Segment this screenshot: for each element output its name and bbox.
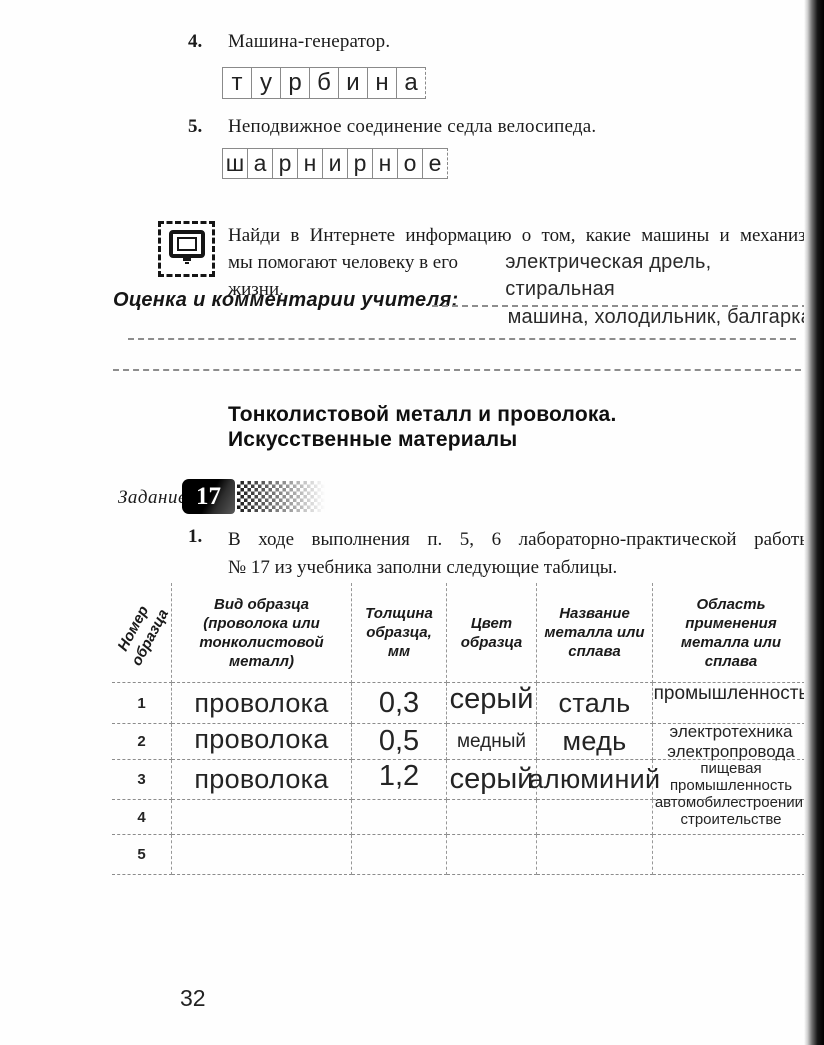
- comment-line: [128, 338, 796, 340]
- table-cell: 0,3: [352, 683, 447, 724]
- comment-line: [432, 305, 808, 307]
- answer-letter-cell: р: [280, 67, 310, 99]
- answer-letter-cell: р: [347, 148, 373, 179]
- table-cell: [172, 835, 352, 875]
- exercise-number: 1.: [188, 526, 202, 548]
- table-cell: 5: [112, 835, 172, 875]
- table-cell: [352, 800, 447, 835]
- teacher-comment-label: Оценка и комментарии учителя:: [113, 289, 458, 312]
- table-cell: 4: [112, 800, 172, 835]
- table-cell: серый: [447, 683, 537, 724]
- table-cell: 3: [112, 760, 172, 800]
- comment-line: [113, 369, 801, 371]
- section-heading-line2: Искусственные материалы: [228, 428, 517, 451]
- internet-task-box: [158, 221, 215, 277]
- column-header-sample-kind: Вид образца (проволока или тонколистовой…: [172, 583, 352, 683]
- answer-letter-cell: т: [222, 67, 252, 99]
- table-cell: медь: [537, 724, 653, 760]
- table-cell: 1: [112, 683, 172, 724]
- exercise-line2: № 17 из учебника заполни следующие табли…: [228, 557, 617, 578]
- table-cell: проволока: [172, 760, 352, 800]
- table-cell: проволока: [172, 724, 352, 760]
- answer-letter-cell: н: [297, 148, 323, 179]
- table-cell: серый: [447, 760, 537, 800]
- table-cell: 0,5: [352, 724, 447, 760]
- answer-letter-cell: б: [309, 67, 339, 99]
- column-header-application: Область применения металла или сплава: [653, 583, 810, 683]
- internet-task-text: Найди в Интернете информацию о том, каки…: [228, 222, 812, 331]
- table-cell: 2: [112, 724, 172, 760]
- internet-task-line1: Найди в Интернете информацию о том, каки…: [228, 222, 812, 249]
- answer-letter-cell: а: [396, 67, 426, 99]
- question-5-text: Неподвижное соединение седла велосипеда.: [228, 116, 596, 138]
- table-cell: [447, 800, 537, 835]
- student-answer-line1: электрическая дрель, стиральная: [505, 249, 812, 303]
- table-cell: [537, 800, 653, 835]
- answer-boxes-q5: ш а р н и р н о е: [222, 148, 447, 179]
- table-cell: [447, 835, 537, 875]
- task-badge-label: Задание: [118, 487, 187, 509]
- answer-letter-cell: у: [251, 67, 281, 99]
- table-cell: [352, 835, 447, 875]
- answer-letter-cell: н: [372, 148, 398, 179]
- table-cell: проволока: [172, 683, 352, 724]
- question-5-number: 5.: [188, 116, 202, 138]
- table-cell: [653, 800, 810, 835]
- computer-monitor-icon: [168, 229, 206, 270]
- section-heading: Тонколистовой металл и проволока. Искусс…: [228, 402, 788, 452]
- table-cell: алюминий: [537, 760, 653, 800]
- table-cell: сталь: [537, 683, 653, 724]
- column-header-color: Цвет образца: [447, 583, 537, 683]
- answer-letter-cell: о: [397, 148, 423, 179]
- workbook-page: 4. Машина-генератор. т у р б и н а 5. Не…: [0, 0, 824, 1045]
- answer-letter-cell: е: [422, 148, 448, 179]
- answer-boxes-q4: т у р б и н а: [222, 67, 425, 99]
- table-cell: электротехника электропровода: [653, 724, 810, 760]
- table-cell: [172, 800, 352, 835]
- exercise-text: В ходе выполнения п. 5, 6 лабораторно-пр…: [228, 526, 812, 582]
- task-number-badge: 17: [182, 479, 235, 514]
- table-cell: 1,2: [352, 760, 447, 800]
- column-header-sample-number: Номер образца: [112, 583, 172, 683]
- answer-letter-cell: и: [322, 148, 348, 179]
- answer-letter-cell: а: [247, 148, 273, 179]
- table-cell: медный: [447, 724, 537, 760]
- answer-letter-cell: ш: [222, 148, 248, 179]
- scan-gutter-shadow: [804, 0, 824, 1045]
- table-cell: [537, 835, 653, 875]
- badge-dither-decoration: [237, 481, 329, 512]
- question-4-text: Машина-генератор.: [228, 31, 390, 53]
- page-number: 32: [180, 985, 206, 1012]
- table-cell: промышленность: [653, 683, 810, 724]
- table-cell: пищевая промышленность автомобилестроени…: [653, 760, 810, 800]
- exercise-line1: В ходе выполнения п. 5, 6 лабораторно-пр…: [228, 526, 812, 554]
- section-heading-line1: Тонколистовой металл и проволока.: [228, 403, 616, 426]
- table-cell: [653, 835, 810, 875]
- question-4-number: 4.: [188, 31, 202, 53]
- samples-table: Номер образца Вид образца (проволока или…: [112, 583, 810, 875]
- answer-letter-cell: р: [272, 148, 298, 179]
- column-header-thickness: Толщина образца, мм: [352, 583, 447, 683]
- answer-letter-cell: н: [367, 67, 397, 99]
- column-header-metal-name: Название металла или сплава: [537, 583, 653, 683]
- answer-letter-cell: и: [338, 67, 368, 99]
